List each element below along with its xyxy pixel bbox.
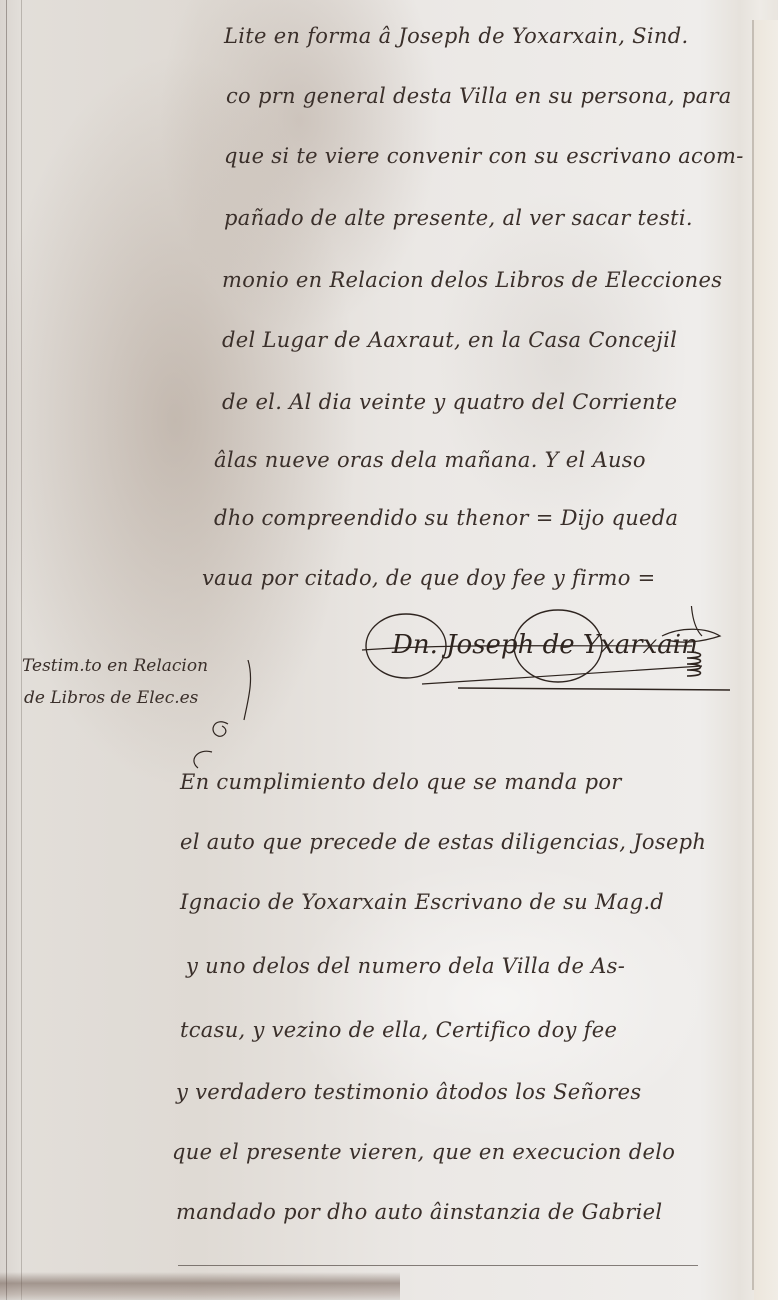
text-line: mandado por dho auto âinstanzia de Gabri… — [176, 1200, 662, 1224]
text-line: vaua por citado, de que doy fee y firmo … — [202, 566, 656, 590]
text-line: dho compreendido su thenor = Dijo queda — [214, 506, 678, 530]
margin-bracket-icon — [178, 660, 268, 770]
text-line: co prn general desta Villa en su persona… — [226, 84, 732, 108]
text-line: el auto que precede de estas diligencias… — [180, 830, 706, 854]
page-left-edge — [6, 0, 22, 1300]
text-line: que si te viere convenir con su escrivan… — [224, 144, 744, 168]
signature: Dn. Joseph de Yxarxain — [362, 606, 732, 696]
text-line: âlas nueve oras dela mañana. Y el Auso — [214, 448, 646, 472]
text-line: monio en Relacion delos Libros de Elecci… — [222, 268, 722, 292]
line-filler-rule — [178, 1265, 698, 1266]
signature-name: Dn. Joseph de Yxarxain — [392, 630, 698, 660]
text-line: En cumplimiento delo que se manda por — [180, 770, 622, 794]
manuscript-page: Lite en forma â Joseph de Yoxarxain, Sin… — [0, 0, 778, 1300]
margin-note-line: de Libros de Elec.es — [24, 688, 198, 708]
text-line: tcasu, y vezino de ella, Certifico doy f… — [180, 1018, 617, 1042]
text-line: del Lugar de Aaxraut, en la Casa Conceji… — [222, 328, 677, 352]
text-line: y uno delos del numero dela Villa de As- — [186, 954, 625, 978]
text-line: de el. Al dia veinte y quatro del Corrie… — [222, 390, 677, 414]
text-line: Lite en forma â Joseph de Yoxarxain, Sin… — [224, 24, 688, 48]
torn-bottom-edge — [0, 1272, 400, 1300]
text-line: pañado de alte presente, al ver sacar te… — [224, 206, 693, 230]
text-line: Ignacio de Yoxarxain Escrivano de su Mag… — [180, 890, 664, 914]
text-line: que el presente vieren, que en execucion… — [172, 1140, 675, 1164]
text-line: y verdadero testimonio âtodos los Señore… — [176, 1080, 641, 1104]
adjacent-page-edge — [754, 20, 778, 1300]
